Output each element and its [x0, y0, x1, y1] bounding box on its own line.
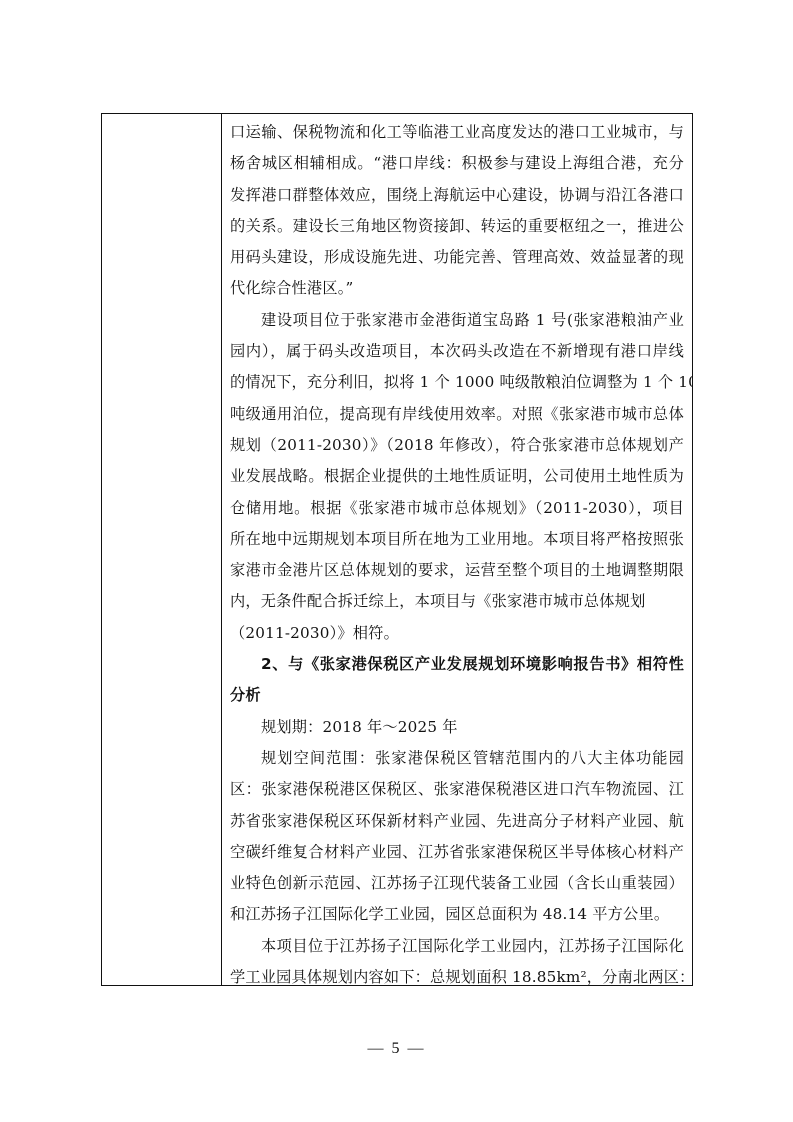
paragraph-line: 的情况下，充分利旧，拟将 1 个 1000 吨级散粮泊位调整为 1 个 1000 [230, 367, 684, 398]
paragraph-line: 本项目位于江苏扬子江国际化学工业园内，江苏扬子江国际化 [230, 931, 684, 962]
paragraph-line: 的关系。建设长三角地区物资接卸、转运的重要枢纽之一，推进公 [230, 211, 684, 242]
paragraph-line: 杨舍城区相辅相成。“港口岸线：积极参与建设上海组合港，充分 [230, 148, 684, 179]
paragraph-line: 规划期：2018 年～2025 年 [230, 712, 684, 743]
paragraph-line: 用码头建设，形成设施先进、功能完善、管理高效、效益显著的现 [230, 242, 684, 273]
paragraph-line: 所在地中远期规划本项目所在地为工业用地。本项目将严格按照张 [230, 524, 684, 555]
paragraph-line: 园内），属于码头改造项目，本次码头改造在不新增现有港口岸线 [230, 336, 684, 367]
section-heading-line: 2、与《张家港保税区产业发展规划环境影响报告书》相符性 [230, 649, 684, 680]
paragraph-line: 业特色创新示范园、江苏扬子江现代装备工业园（含长山重装园） [230, 868, 684, 899]
paragraph-line: 学工业园具体规划内容如下：总规划面积 18.85km²，分南北两区： [230, 962, 684, 985]
paragraph-line: 规划（2011-2030）》（2018 年修改），符合张家港市总体规划产 [230, 430, 684, 461]
paragraph-line: 苏省张家港保税区环保新材料产业园、先进高分子材料产业园、航 [230, 806, 684, 837]
paragraph-line: 和江苏扬子江国际化学工业园，园区总面积为 48.14 平方公里。 [230, 899, 684, 930]
paragraph-line: 业发展战略。根据企业提供的土地性质证明，公司使用土地性质为 [230, 461, 684, 492]
paragraph-line: 建设项目位于张家港市金港街道宝岛路 1 号(张家港粮油产业 [230, 305, 684, 336]
paragraph-line: 内，无条件配合拆迁综上，本项目与《张家港市城市总体规划 [230, 586, 684, 617]
paragraph-line: 口运输、保税物流和化工等临港工业高度发达的港口工业城市，与 [230, 117, 684, 148]
paragraph-line: 发挥港口群整体效应，围绕上海航运中心建设，协调与沿江各港口 [230, 180, 684, 211]
paragraph-line: 规划空间范围：张家港保税区管辖范围内的八大主体功能园 [230, 743, 684, 774]
paragraph-line: 仓储用地。根据《张家港市城市总体规划》（2011-2030），项目 [230, 493, 684, 524]
paragraph-line: 吨级通用泊位，提高现有岸线使用效率。对照《张家港市城市总体 [230, 399, 684, 430]
paragraph-line: 区：张家港保税港区保税区、张家港保税港区进口汽车物流园、江 [230, 774, 684, 805]
table-left-cell [102, 114, 222, 985]
page-number: — 5 — [0, 1040, 793, 1058]
content-table: 口运输、保税物流和化工等临港工业高度发达的港口工业城市，与杨舍城区相辅相成。“港… [101, 113, 693, 986]
paragraph-line: 代化综合性港区。” [230, 273, 684, 304]
paragraph-line: 空碳纤维复合材料产业园、江苏省张家港保税区半导体核心材料产 [230, 837, 684, 868]
paragraph-line: 家港市金港片区总体规划的要求，运营至整个项目的土地调整期限 [230, 555, 684, 586]
table-right-cell: 口运输、保税物流和化工等临港工业高度发达的港口工业城市，与杨舍城区相辅相成。“港… [222, 114, 692, 985]
section-heading-line: 分析 [230, 680, 684, 711]
paragraph-line: （2011-2030）》相符。 [230, 618, 684, 649]
